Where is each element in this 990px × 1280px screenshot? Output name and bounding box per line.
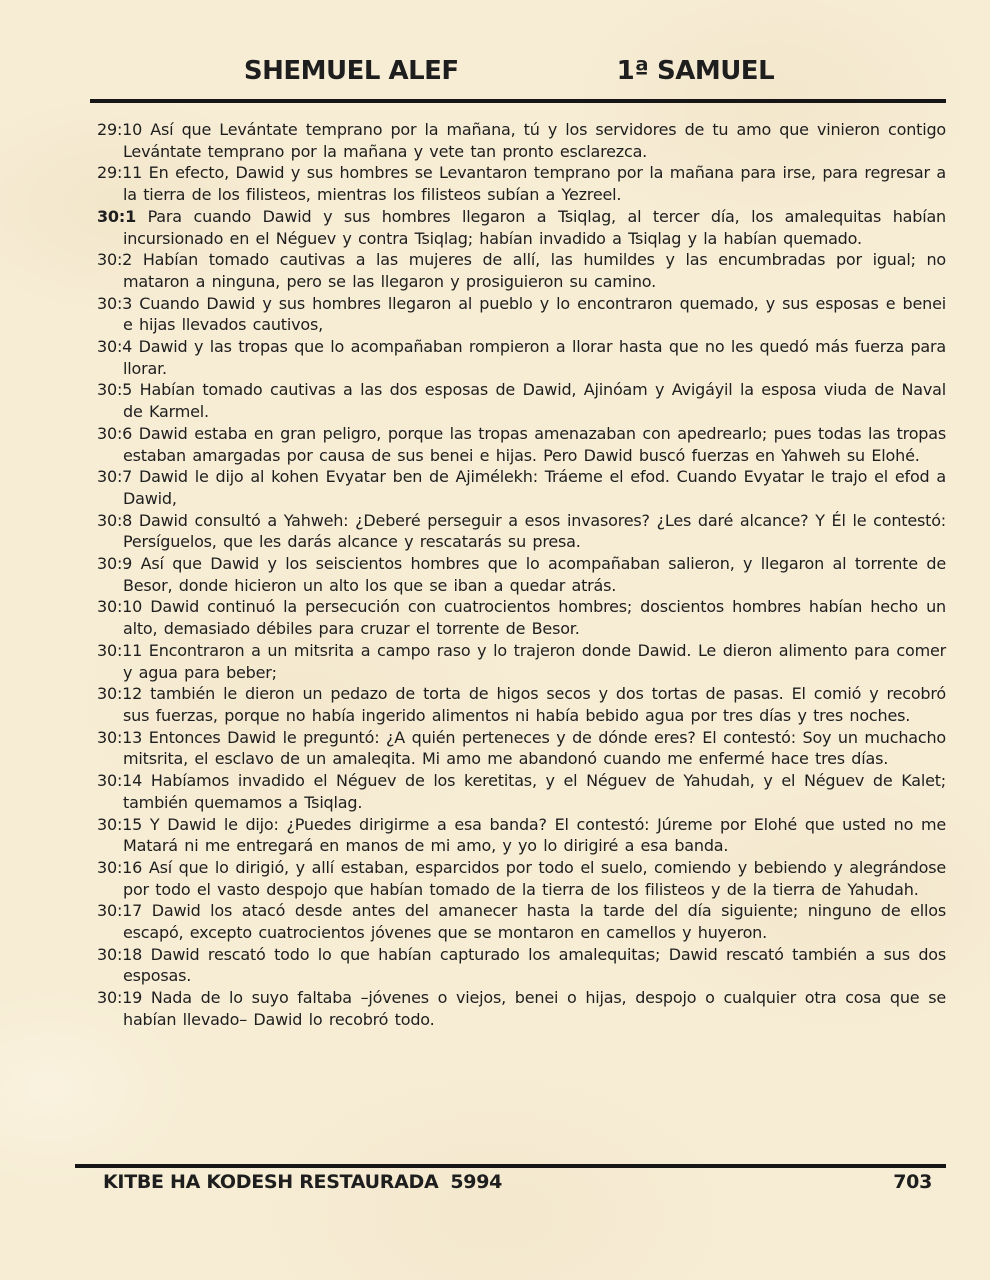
footer-rule — [75, 1164, 946, 1168]
verse-text: Dawid continuó la persecución con cuatro… — [123, 597, 946, 638]
verse-number: 30:15 — [97, 815, 142, 834]
verse-text: Entonces Dawid le preguntó: ¿A quién per… — [123, 728, 946, 769]
verse: 30:4 Dawid y las tropas que lo acompañab… — [97, 336, 946, 379]
verse: 30:11 Encontraron a un mitsrita a campo … — [97, 640, 946, 683]
verse-number: 29:11 — [97, 163, 142, 182]
footer-title-number: 5994 — [450, 1171, 502, 1193]
verse-number: 30:8 — [97, 511, 132, 530]
verse-text: Dawid consultó a Yahweh: ¿Deberé persegu… — [123, 511, 946, 552]
verse-text: Dawid rescató todo lo que habían captura… — [123, 945, 946, 986]
header-title-spanish: 1ª SAMUEL — [617, 56, 774, 86]
verse: 30:10 Dawid continuó la persecución con … — [97, 596, 946, 639]
verse: 30:6 Dawid estaba en gran peligro, porqu… — [97, 423, 946, 466]
verse-number: 30:19 — [97, 988, 142, 1007]
verse-number: 30:9 — [97, 554, 132, 573]
verse-list: 29:10 Así que Levántate temprano por la … — [97, 119, 946, 1031]
page-number: 703 — [893, 1171, 932, 1193]
verse-text: En efecto, Dawid y sus hombres se Levant… — [123, 163, 946, 204]
verse: 30:5 Habían tomado cautivas a las dos es… — [97, 379, 946, 422]
verse-text: Encontraron a un mitsrita a campo raso y… — [123, 641, 946, 682]
verse-text: Nada de lo suyo faltaba –jóvenes o viejo… — [123, 988, 946, 1029]
verse-text: también le dieron un pedazo de torta de … — [123, 684, 946, 725]
verse: 30:3 Cuando Dawid y sus hombres llegaron… — [97, 293, 946, 336]
page-header: SHEMUEL ALEF 1ª SAMUEL — [14, 56, 990, 86]
verse-number: 30:11 — [97, 641, 142, 660]
verse: 30:19 Nada de lo suyo faltaba –jóvenes o… — [97, 987, 946, 1030]
verse-text: Dawid y las tropas que lo acompañaban ro… — [123, 337, 946, 378]
verse-number: 30:2 — [97, 250, 132, 269]
header-rule — [90, 99, 946, 103]
verse-text: Así que lo dirigió, y allí estaban, espa… — [123, 858, 946, 899]
verse-text: Habían tomado cautivas a las dos esposas… — [123, 380, 946, 421]
verse-number: 30:12 — [97, 684, 142, 703]
verse: 30:12 también le dieron un pedazo de tor… — [97, 683, 946, 726]
verse: 30:8 Dawid consultó a Yahweh: ¿Deberé pe… — [97, 510, 946, 553]
verse-text: Así que Levántate temprano por la mañana… — [123, 120, 946, 161]
verse-text: Y Dawid le dijo: ¿Puedes dirigirme a esa… — [123, 815, 946, 856]
verse-number: 30:3 — [97, 294, 132, 313]
verse: 30:2 Habían tomado cautivas a las mujere… — [97, 249, 946, 292]
verse: 30:14 Habíamos invadido el Néguev de los… — [97, 770, 946, 813]
verse-text: Dawid estaba en gran peligro, porque las… — [123, 424, 946, 465]
verse: 29:10 Así que Levántate temprano por la … — [97, 119, 946, 162]
bible-page: { "page": { "background_color": "#f7edd5… — [0, 0, 990, 1280]
verse: 30:16 Así que lo dirigió, y allí estaban… — [97, 857, 946, 900]
verse-number: 30:10 — [97, 597, 142, 616]
verse-number: 30:1 — [97, 207, 136, 226]
verse-number: 30:13 — [97, 728, 142, 747]
verse: 30:13 Entonces Dawid le preguntó: ¿A qui… — [97, 727, 946, 770]
verse-number: 30:18 — [97, 945, 142, 964]
verse-text: Habían tomado cautivas a las mujeres de … — [123, 250, 946, 291]
verse-number: 30:5 — [97, 380, 132, 399]
verse-number: 30:17 — [97, 901, 142, 920]
footer-title: KITBE HA KODESH RESTAURADA 5994 — [103, 1171, 502, 1193]
verse-text: Dawid le dijo al kohen Evyatar ben de Aj… — [123, 467, 946, 508]
verse-number: 30:14 — [97, 771, 142, 790]
verse-text: Así que Dawid y los seiscientos hombres … — [123, 554, 946, 595]
verse: 30:7 Dawid le dijo al kohen Evyatar ben … — [97, 466, 946, 509]
verse: 29:11 En efecto, Dawid y sus hombres se … — [97, 162, 946, 205]
verse-text: Para cuando Dawid y sus hombres llegaron… — [123, 207, 946, 248]
verse: 30:17 Dawid los atacó desde antes del am… — [97, 900, 946, 943]
verse-text: Cuando Dawid y sus hombres llegaron al p… — [123, 294, 946, 335]
header-title-hebrew: SHEMUEL ALEF — [244, 56, 459, 86]
verse-number: 29:10 — [97, 120, 142, 139]
verse: 30:15 Y Dawid le dijo: ¿Puedes dirigirme… — [97, 814, 946, 857]
verse-text: Dawid los atacó desde antes del amanecer… — [123, 901, 946, 942]
footer-title-text: KITBE HA KODESH RESTAURADA — [103, 1171, 438, 1193]
verse-number: 30:6 — [97, 424, 132, 443]
verse: 30:1 Para cuando Dawid y sus hombres lle… — [97, 206, 946, 249]
page-footer: KITBE HA KODESH RESTAURADA 5994 703 — [103, 1171, 932, 1193]
verse-number: 30:7 — [97, 467, 132, 486]
verse-number: 30:4 — [97, 337, 132, 356]
verse: 30:18 Dawid rescató todo lo que habían c… — [97, 944, 946, 987]
verse: 30:9 Así que Dawid y los seiscientos hom… — [97, 553, 946, 596]
verse-text: Habíamos invadido el Néguev de los keret… — [123, 771, 946, 812]
verse-number: 30:16 — [97, 858, 142, 877]
